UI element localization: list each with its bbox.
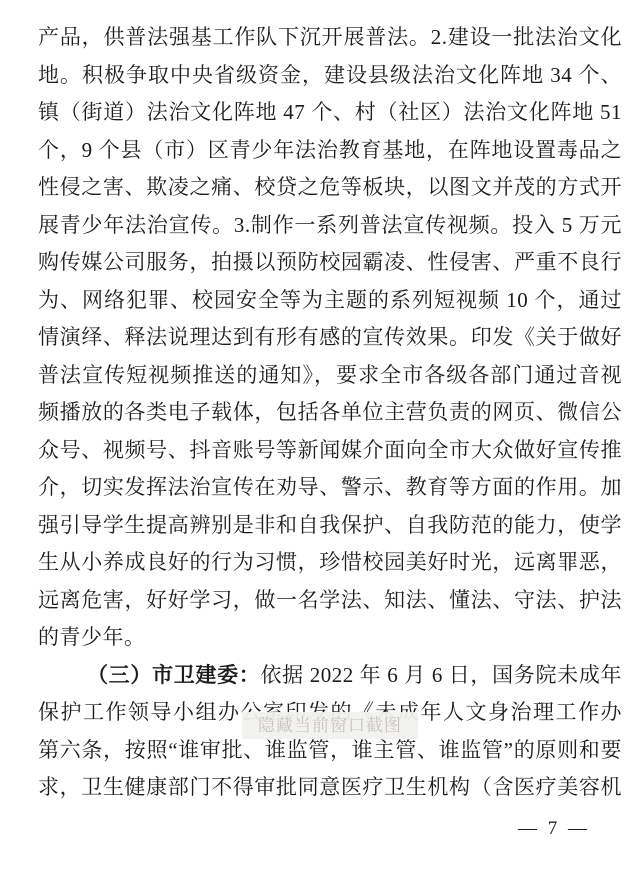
line-text: 地。积极争取中央省级资金，建设县级法治文化阵地 34 个、乡 — [38, 63, 622, 95]
text-line: 个，9 个县（市）区青少年法治教育基地，在阵地设置毒品之殇、 — [38, 132, 622, 170]
text-line: 介，切实发挥法治宣传在劝导、警示、教育等方面的作用。加 — [38, 469, 622, 507]
line-text: 展青少年法治宣传。3.制作一系列普法宣传视频。投入 5 万元采 — [38, 213, 622, 245]
text-line: 强引导学生提高辨别是非和自我保护、自我防范的能力，使学 — [38, 507, 622, 545]
paragraph-label: （三）市卫建委： — [87, 663, 260, 687]
text-line: 的青少年。 — [38, 619, 622, 657]
line-text: 求，卫生健康部门不得审批同意医疗卫生机构（含医疗美容机 — [38, 775, 622, 799]
document-page: 产品，供普法强基工作队下沉开展普法。2.建设一批法治文化阵 地。积极争取中央省级… — [0, 0, 631, 870]
text-line: 普法宣传短视频推送的通知》，要求全市各级各部门通过音视 — [38, 357, 622, 395]
document-body: 产品，供普法强基工作队下沉开展普法。2.建设一批法治文化阵 地。积极争取中央省级… — [38, 19, 622, 807]
line-text: 普法宣传短视频推送的通知》，要求全市各级各部门通过音视 — [38, 363, 622, 387]
text-line: 求，卫生健康部门不得审批同意医疗卫生机构（含医疗美容机 — [38, 769, 622, 807]
line-text: 的青少年。 — [38, 625, 146, 649]
text-line: 远离危害，好好学习，做一名学法、知法、懂法、守法、护法 — [38, 582, 622, 620]
line-text: 个，9 个县（市）区青少年法治教育基地，在阵地设置毒品之殇、 — [38, 138, 622, 170]
line-text: 生从小养成良好的行为习惯，珍惜校园美好时光，远离罪恶， — [38, 550, 622, 574]
line-text: 第六条，按照“谁审批、谁监管，谁主管、谁监管”的原则和要 — [38, 738, 622, 762]
line-text: 远离危害，好好学习，做一名学法、知法、懂法、守法、护法 — [38, 588, 622, 612]
line-text: 介，切实发挥法治宣传在劝导、警示、教育等方面的作用。加 — [38, 475, 622, 499]
line-text: 情演绎、释法说理达到有形有感的宣传效果。印发《关于做好 — [38, 325, 622, 349]
text-line: 众号、视频号、抖音账号等新闻媒介面向全市大众做好宣传推 — [38, 432, 622, 470]
text-line: 情演绎、释法说理达到有形有感的宣传效果。印发《关于做好 — [38, 319, 622, 357]
line-text: 强引导学生提高辨别是非和自我保护、自我防范的能力，使学 — [38, 513, 622, 537]
text-line: 性侵之害、欺凌之痛、校贷之危等板块，以图文并茂的方式开 — [38, 169, 622, 207]
text-line: 产品，供普法强基工作队下沉开展普法。2.建设一批法治文化阵 — [38, 19, 622, 57]
line-text: 性侵之害、欺凌之痛、校贷之危等板块，以图文并茂的方式开 — [38, 175, 622, 199]
text-line: 频播放的各类电子载体，包括各单位主营负责的网页、微信公 — [38, 394, 622, 432]
text-line: 展青少年法治宣传。3.制作一系列普法宣传视频。投入 5 万元采 — [38, 207, 622, 245]
text-line: 购传媒公司服务，拍摄以预防校园霸凌、性侵害、严重不良行 — [38, 244, 622, 282]
line-text: 产品，供普法强基工作队下沉开展普法。2.建设一批法治文化阵 — [38, 25, 622, 57]
line-text: 为、网络犯罪、校园安全等为主题的系列短视频 10 个，通过剧 — [38, 288, 622, 320]
page-number: — 7 — — [518, 818, 590, 840]
line-text: 频播放的各类电子载体，包括各单位主营负责的网页、微信公 — [38, 400, 622, 424]
text-line: （三）市卫建委：依据 2022 年 6 月 6 日，国务院未成年人 — [38, 657, 622, 695]
text-line: 镇（街道）法治文化阵地 47 个、村（社区）法治文化阵地 51 — [38, 94, 622, 132]
text-line: 地。积极争取中央省级资金，建设县级法治文化阵地 34 个、乡 — [38, 57, 622, 95]
line-text: 购传媒公司服务，拍摄以预防校园霸凌、性侵害、严重不良行 — [38, 250, 622, 274]
screenshot-tool-overlay: 隐藏当前窗口截图 — [242, 712, 418, 739]
text-line: 为、网络犯罪、校园安全等为主题的系列短视频 10 个，通过剧 — [38, 282, 622, 320]
text-line: 生从小养成良好的行为习惯，珍惜校园美好时光，远离罪恶， — [38, 544, 622, 582]
line-text: 镇（街道）法治文化阵地 47 个、村（社区）法治文化阵地 51 — [38, 100, 622, 124]
line-text: 众号、视频号、抖音账号等新闻媒介面向全市大众做好宣传推 — [38, 438, 622, 462]
